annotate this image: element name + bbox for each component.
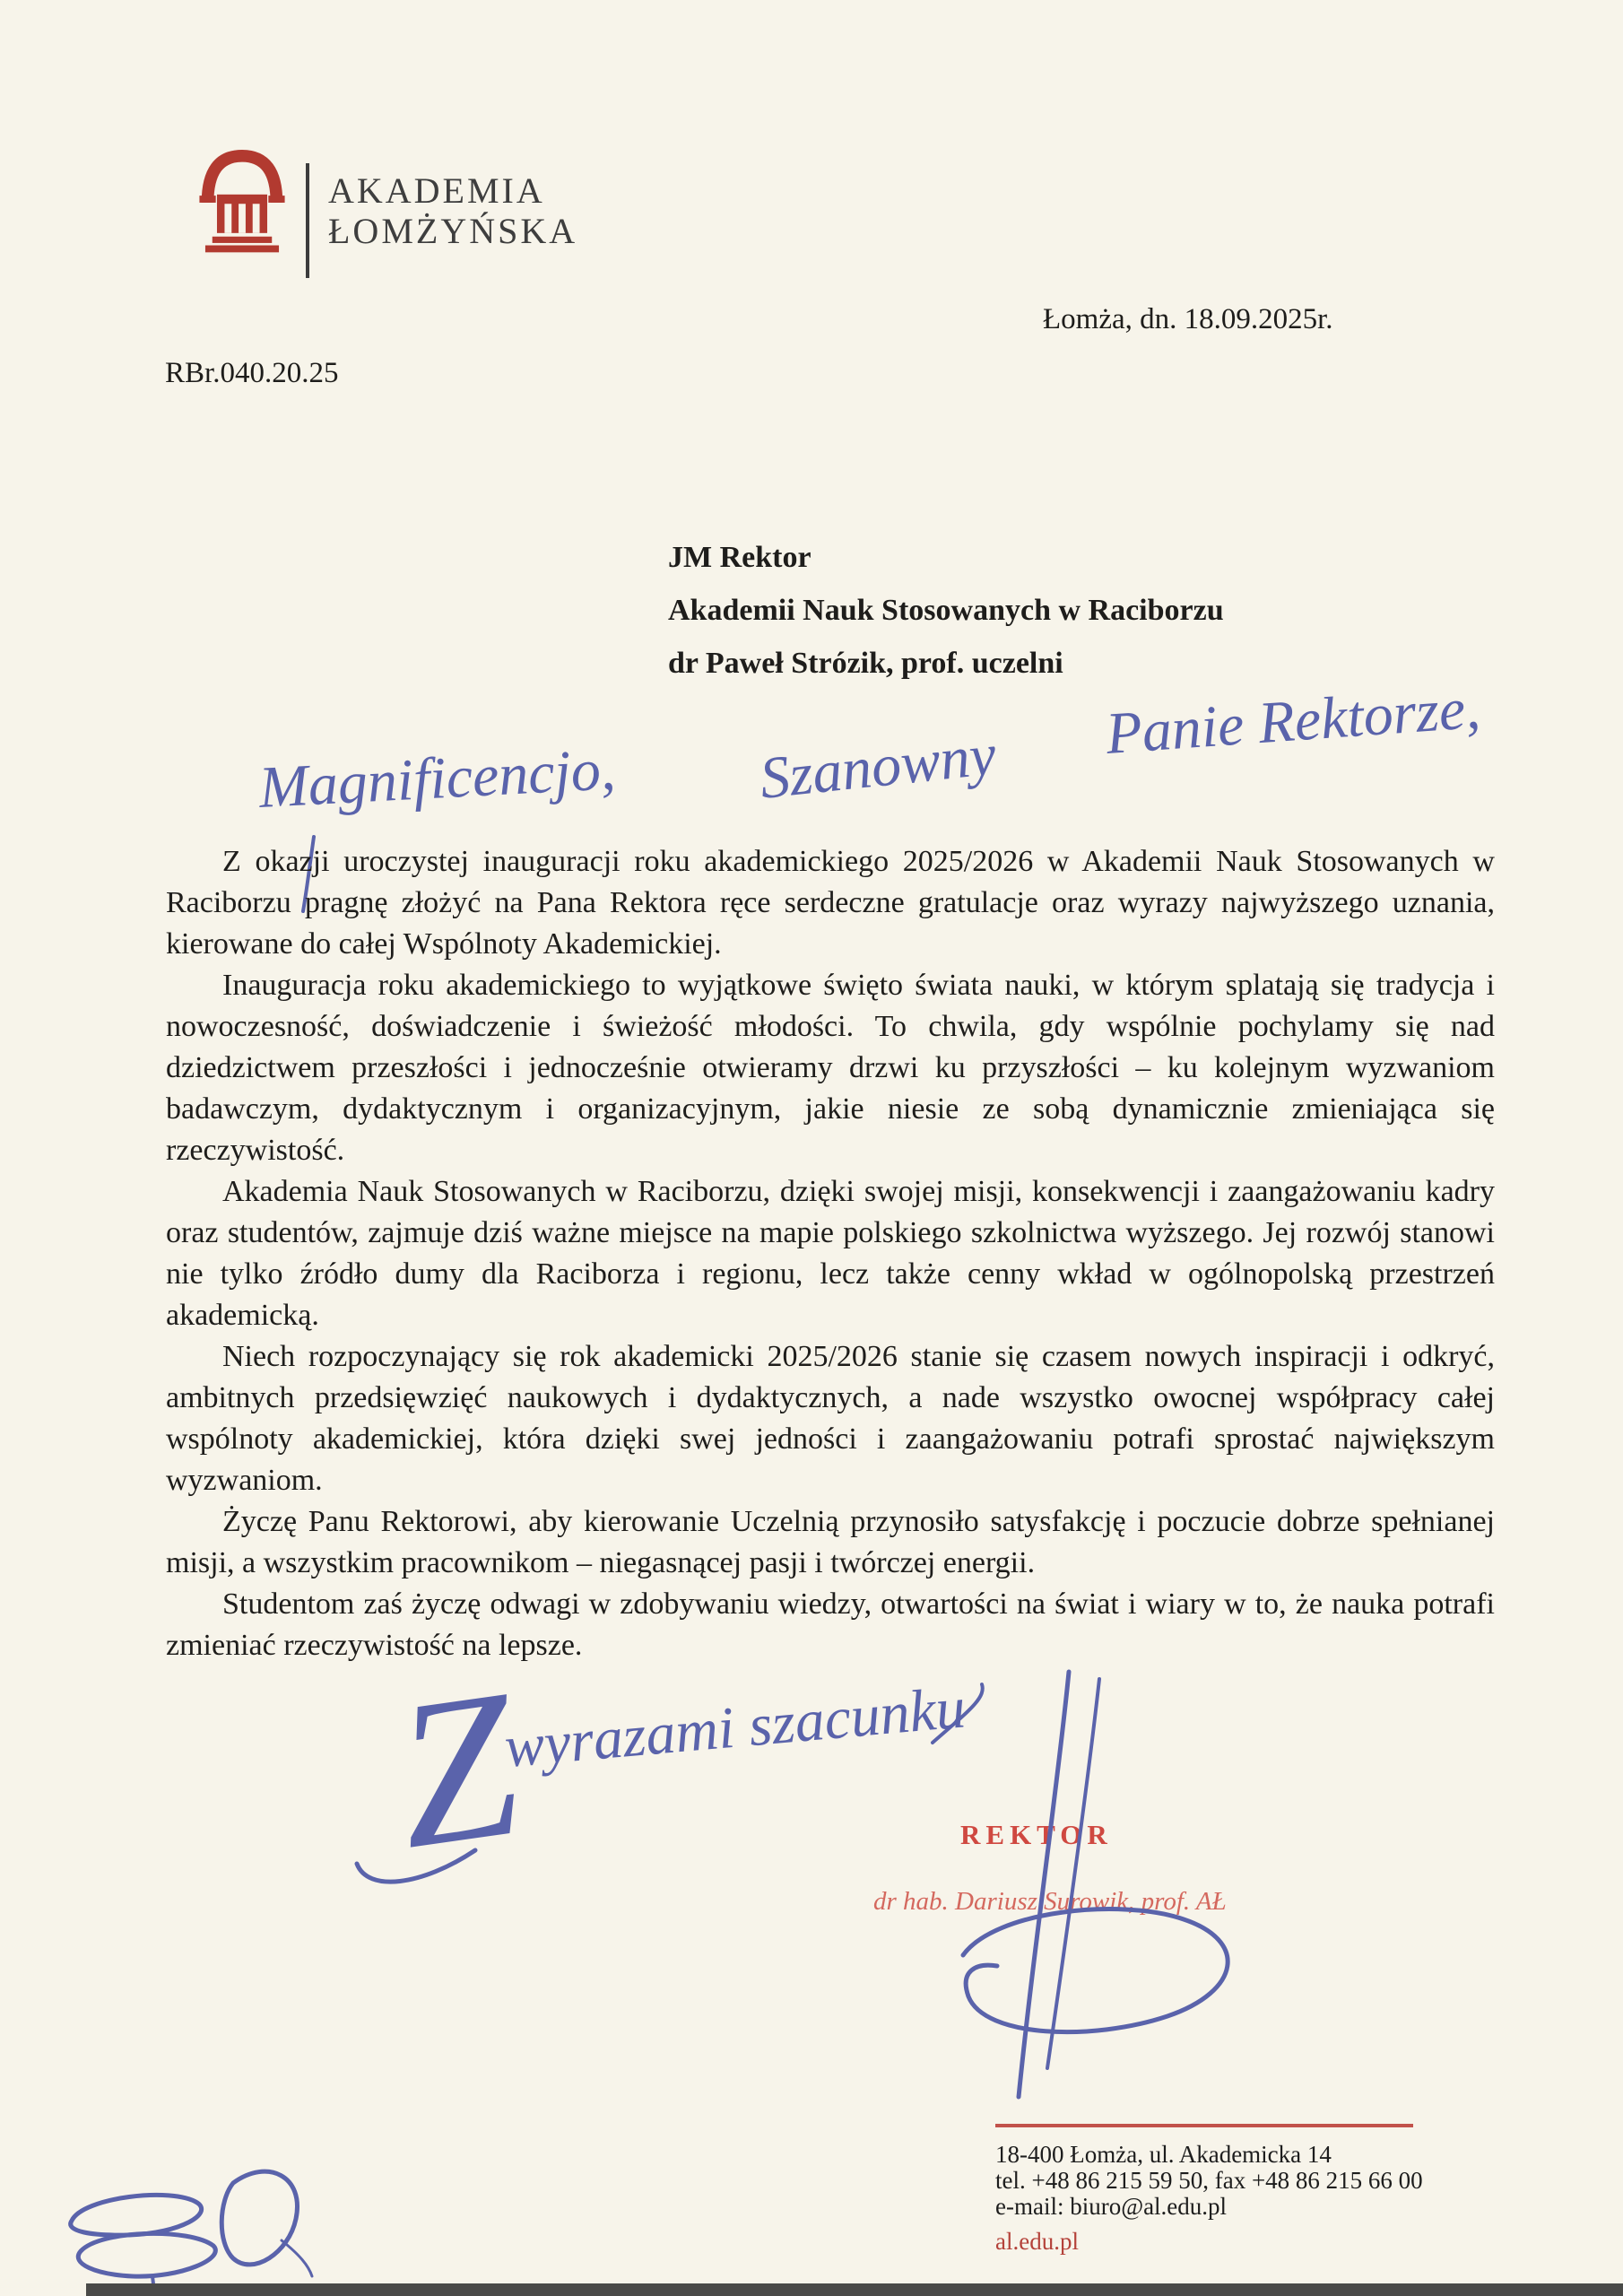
footer-accent-line: [995, 2124, 1413, 2127]
footer-address: 18-400 Łomża, ul. Akademicka 14: [995, 2142, 1423, 2168]
pen-signature-scribble: [933, 1666, 1309, 2115]
addressee-institution: Akademii Nauk Stosowanych w Raciborzu: [668, 584, 1224, 637]
footer-phone: tel. +48 86 215 59 50, fax +48 86 215 66…: [995, 2168, 1423, 2194]
greeting-word-3: Panie Rektorze,: [1103, 675, 1482, 767]
paragraph-4: Niech rozpoczynający się rok akademicki …: [166, 1336, 1495, 1501]
addressee-role: JM Rektor: [668, 531, 1224, 584]
greeting-word-1: Magnificencjo,: [256, 736, 617, 821]
pen-initials-scribble: [47, 2151, 316, 2296]
logo-name-line2: ŁOMŻYŃSKA: [328, 211, 577, 251]
scanned-letter-page: AKADEMIA ŁOMŻYŃSKA Łomża, dn. 18.09.2025…: [0, 0, 1623, 2296]
letter-date: Łomża, dn. 18.09.2025r.: [1043, 303, 1333, 336]
paragraph-5: Życzę Panu Rektorowi, aby kierowanie Ucz…: [166, 1501, 1495, 1584]
letter-body: Z okazji uroczystej inauguracji roku aka…: [166, 841, 1495, 1666]
footer-email: e-mail: biuro@al.edu.pl: [995, 2194, 1423, 2220]
paragraph-2: Inauguracja roku akademickiego to wyjątk…: [166, 965, 1495, 1171]
paragraph-3: Akademia Nauk Stosowanych w Raciborzu, d…: [166, 1171, 1495, 1336]
footer-contact-block: 18-400 Łomża, ul. Akademicka 14 tel. +48…: [995, 2142, 1423, 2220]
greeting-word-2: Szanowny: [757, 722, 1000, 812]
logo-divider: [306, 163, 309, 278]
logo-wordmark: AKADEMIA ŁOMŻYŃSKA: [328, 170, 577, 251]
logo-name-line1: AKADEMIA: [328, 170, 577, 211]
paragraph-1: Z okazji uroczystej inauguracji roku aka…: [166, 841, 1495, 965]
closing-phrase: wyrazami szacunku: [502, 1674, 968, 1780]
paragraph-6: Studentom zaś życzę odwagi w zdobywaniu …: [166, 1584, 1495, 1666]
university-building-icon: [198, 149, 286, 253]
footer-website: al.edu.pl: [995, 2228, 1079, 2256]
scan-edge-bar: [86, 2283, 1623, 2296]
reference-number: RBr.040.20.25: [165, 357, 338, 390]
